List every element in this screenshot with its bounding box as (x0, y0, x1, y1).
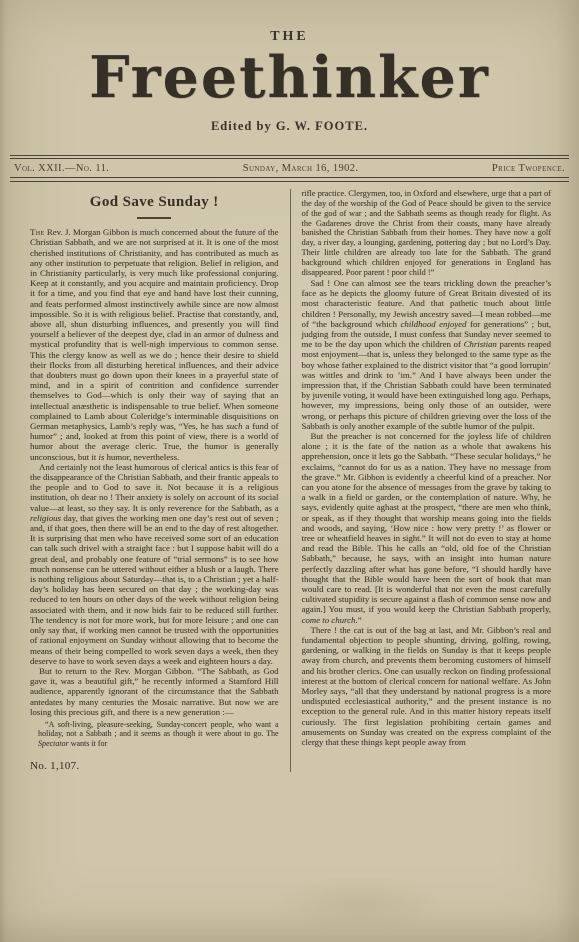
volume-number: Vol. XXII.—No. 11. (14, 163, 109, 174)
article-paragraph: And certainly not the least humorous of … (30, 462, 279, 666)
newspaper-page: THE Freethinker Edited by G. W. FOOTE. V… (0, 0, 579, 942)
left-column: God Save Sunday ! The Rev. J. Morgan Gib… (30, 189, 291, 772)
article-paragraph: But to return to the Rev. Morgan Gibbon.… (30, 666, 279, 717)
right-column: rifle practice. Clergymen, too, in Oxfor… (291, 189, 552, 772)
extract-quote: “A soft-living, pleasure-seeking, Sunday… (38, 720, 279, 749)
article-paragraph: There ! the cat is out of the bag at las… (302, 625, 552, 747)
issue-price: Price Twopence. (492, 163, 565, 174)
issue-bar: Vol. XXII.—No. 11. Sunday, March 16, 190… (0, 159, 579, 177)
article-paragraph: Sad ! One can almost see the tears trick… (302, 278, 552, 431)
masthead-title: Freethinker (0, 47, 579, 109)
article-title: God Save Sunday ! (30, 194, 279, 211)
masthead: THE Freethinker Edited by G. W. FOOTE. (0, 0, 579, 133)
issue-footnote-number: No. 1,107. (30, 761, 279, 771)
issue-date: Sunday, March 16, 1902. (243, 163, 359, 174)
article-paragraph: But the preacher is not concerned for th… (302, 431, 552, 625)
masthead-kicker: THE (0, 30, 579, 44)
article-paragraph: The Rev. J. Morgan Gibbon is much concer… (30, 227, 279, 462)
title-rule (137, 217, 171, 219)
article-columns: God Save Sunday ! The Rev. J. Morgan Gib… (0, 182, 579, 772)
extract-quote-continuation: rifle practice. Clergymen, too, in Oxfor… (302, 189, 552, 278)
masthead-editor-line: Edited by G. W. FOOTE. (0, 120, 579, 133)
